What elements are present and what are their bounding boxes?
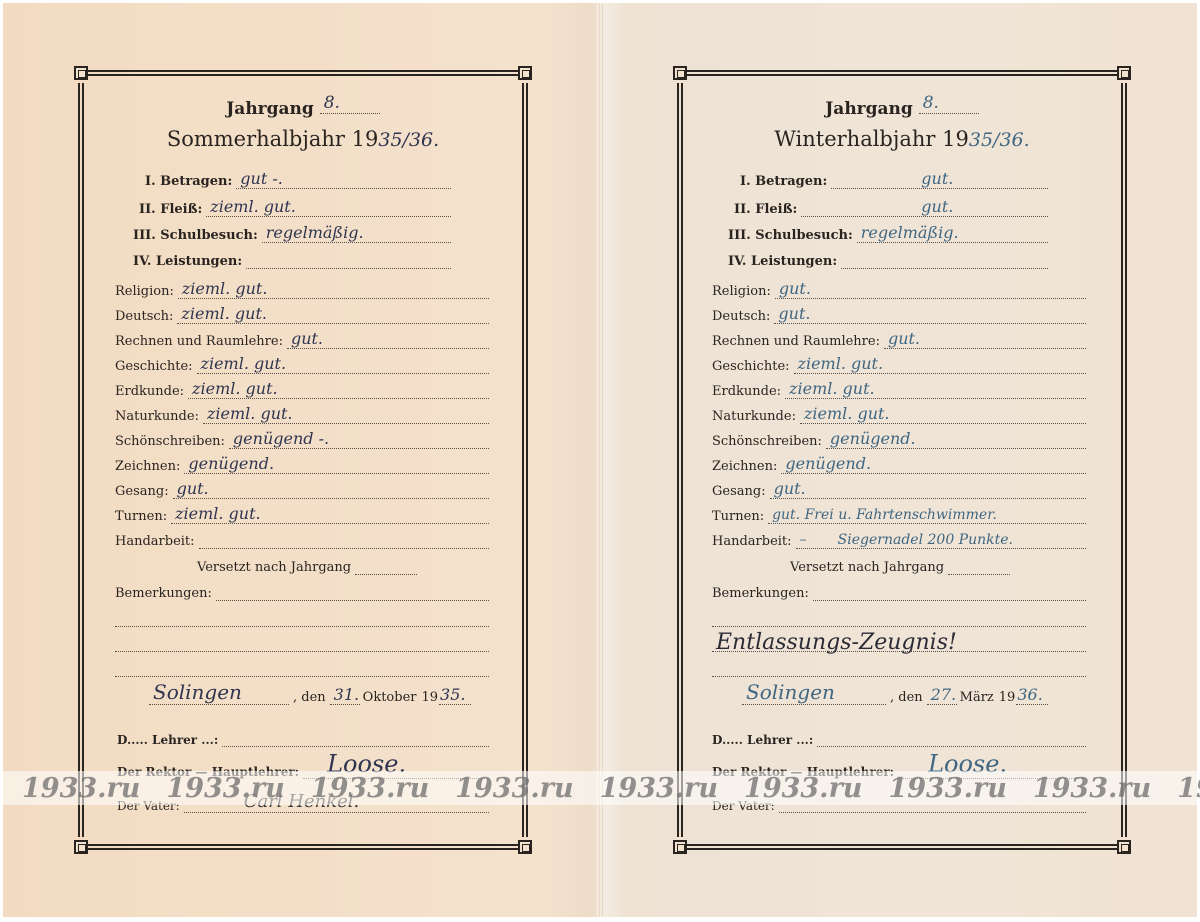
subject-grade: zieml. gut. (181, 304, 267, 323)
place-value: Solingen (153, 680, 242, 704)
versetzt-label: Versetzt nach Jahrgang (197, 560, 351, 575)
lehrer-field (817, 729, 1086, 747)
subject-label: Zeichnen: (712, 459, 777, 474)
year-value: 36. (1017, 685, 1042, 704)
bemerkungen-field (813, 583, 1086, 601)
watermark-text: 1933.ru (1033, 773, 1151, 804)
subject-label: Naturkunde: (712, 409, 796, 424)
subject-grade: gut. (177, 479, 209, 498)
subject-field: genügend. (781, 456, 1086, 474)
subject-label: Geschichte: (712, 359, 790, 374)
subject-label: Turnen: (115, 509, 167, 524)
subject-field: genügend. (184, 456, 489, 474)
betragen-value: gut. (921, 169, 953, 188)
year-field: 36. (1016, 687, 1048, 705)
subject-field: zieml. gut. (794, 356, 1086, 374)
watermark-text: 1933.ru (744, 773, 862, 804)
schulbesuch-field: regelmäßig. (857, 225, 1048, 243)
term-label: Winterhalbjahr 19 (774, 127, 969, 151)
schulbesuch-value: regelmäßig. (266, 223, 364, 242)
subject-label: Zeichnen: (115, 459, 180, 474)
watermark-text: 1933.ru (888, 773, 1006, 804)
schulbesuch-row: III. Schulbesuch: regelmäßig. (133, 225, 451, 243)
subject-field: zieml. gut. (800, 406, 1086, 424)
bemerkungen-line (115, 634, 489, 652)
right-page-winter-term: Jahrgang 8. Winterhalbjahr 1935/36. I. B… (672, 65, 1132, 855)
schulbesuch-row: III. Schulbesuch: regelmäßig. (728, 225, 1048, 243)
fleiss-value: gut. (921, 197, 953, 216)
betragen-value: gut -. (240, 169, 283, 188)
bemerkungen-line-field (115, 659, 489, 677)
subject-field: gut. (287, 331, 489, 349)
leistungen-field (841, 251, 1048, 269)
bemerkungen-text: Entlassungs-Zeugnis! (716, 630, 957, 655)
place-date-row: Solingen , den 31. Oktober 19 35. (149, 687, 489, 705)
subject-field: zieml. gut. (785, 381, 1086, 399)
place-field: Solingen (742, 687, 886, 705)
frame-border-top (87, 70, 519, 76)
bemerkungen-row: Bemerkungen: (115, 583, 489, 601)
schulbesuch-label: III. Schulbesuch: (133, 228, 258, 243)
subject-label: Gesang: (115, 484, 169, 499)
subject-label: Deutsch: (712, 309, 770, 324)
subject-row-zeichnen: Zeichnen: genügend. (115, 456, 489, 474)
watermark-text: 1933.ru (166, 773, 284, 804)
watermark-text: 1933.ru (1177, 773, 1200, 804)
fleiss-label: II. Fleiß: (139, 202, 202, 217)
subject-label: Geschichte: (115, 359, 193, 374)
lehrer-row: D..... Lehrer ...: (117, 729, 489, 747)
subject-grade: gut. (774, 479, 806, 498)
frame-border-right (522, 83, 528, 837)
jahrgang-label: Jahrgang (226, 99, 314, 119)
subject-field: zieml. gut. (178, 281, 489, 299)
bemerkungen-row: Bemerkungen: (712, 583, 1086, 601)
day-field: 27. (927, 687, 957, 705)
subject-row-gesang: Gesang: gut. (712, 481, 1086, 499)
betragen-field: gut. (831, 171, 1048, 189)
subject-row-turnen: Turnen: zieml. gut. (115, 506, 489, 524)
subject-label: Religion: (115, 284, 174, 299)
den-label: , den (293, 690, 326, 705)
fleiss-field: zieml. gut. (206, 199, 451, 217)
subject-field: genügend. (826, 431, 1086, 449)
subject-row-erdkunde: Erdkunde: zieml. gut. (712, 381, 1086, 399)
jahrgang-field: 8. (320, 113, 380, 114)
frame-border-bottom (686, 844, 1118, 850)
subject-label: Erdkunde: (712, 384, 781, 399)
subject-label: Schönschreiben: (712, 434, 822, 449)
subject-row-gesang: Gesang: gut. (115, 481, 489, 499)
fleiss-row: II. Fleiß: gut. (734, 199, 1048, 217)
jahrgang-heading: Jahrgang 8. (672, 99, 1132, 119)
jahrgang-value: 8. (324, 93, 340, 113)
subject-row-religion: Religion: zieml. gut. (115, 281, 489, 299)
schulbesuch-field: regelmäßig. (262, 225, 451, 243)
term-year-value: 35/36. (969, 129, 1030, 151)
frame-border-right (1121, 83, 1127, 837)
subject-field: gut. (774, 306, 1086, 324)
watermark-text: 1933.ru (22, 773, 140, 804)
corner-ornament-icon (1117, 66, 1131, 80)
corner-ornament-icon (74, 840, 88, 854)
day-value: 31. (334, 685, 359, 704)
leistungen-row: IV. Leistungen: (133, 251, 451, 269)
den-label: , den (890, 690, 923, 705)
subject-row-handarbeit: Handarbeit: (115, 531, 489, 549)
versetzt-row: Versetzt nach Jahrgang (197, 557, 417, 575)
subject-grade: zieml. gut. (175, 504, 261, 523)
subject-row-schoenschreiben: Schönschreiben: genügend. (712, 431, 1086, 449)
subject-grade: gut. (778, 304, 810, 323)
subject-row-geschichte: Geschichte: zieml. gut. (115, 356, 489, 374)
leistungen-label: IV. Leistungen: (133, 254, 242, 269)
fleiss-label: II. Fleiß: (734, 202, 797, 217)
versetzt-row: Versetzt nach Jahrgang (790, 557, 1010, 575)
bemerkungen-line (115, 609, 489, 627)
subject-grade: gut. (291, 329, 323, 348)
bemerkungen-line-field: Entlassungs-Zeugnis! (712, 634, 1086, 652)
bemerkungen-line (115, 659, 489, 677)
subject-label: Rechnen und Raumlehre: (115, 334, 283, 349)
corner-ornament-icon (74, 66, 88, 80)
subject-grade: genügend. (785, 454, 871, 473)
betragen-field: gut -. (236, 171, 451, 189)
left-page-summer-term: Jahrgang 8. Sommerhalbjahr 1935/36. I. B… (73, 65, 533, 855)
frame-border-top (686, 70, 1118, 76)
subject-grade: zieml. gut. (201, 354, 287, 373)
corner-ornament-icon (673, 840, 687, 854)
subject-grade: gut. (888, 329, 920, 348)
corner-ornament-icon (1117, 840, 1131, 854)
day-value: 27. (931, 685, 956, 704)
day-field: 31. (330, 687, 360, 705)
subject-grade: gut. Frei u. Fahrtenschwimmer. (772, 507, 997, 523)
bemerkungen-line-field (712, 609, 1086, 627)
subject-grade: zieml. gut. (182, 279, 268, 298)
year-field: 35. (439, 687, 471, 705)
bemerkungen-line (712, 609, 1086, 627)
subject-label: Schönschreiben: (115, 434, 225, 449)
bemerkungen-label: Bemerkungen: (115, 586, 212, 601)
month-label: Oktober (363, 690, 417, 705)
subject-row-rechnen: Rechnen und Raumlehre: gut. (712, 331, 1086, 349)
subject-field: gut. (173, 481, 489, 499)
subject-field: zieml. gut. (197, 356, 489, 374)
subject-label: Handarbeit: (712, 534, 792, 549)
subject-row-geschichte: Geschichte: zieml. gut. (712, 356, 1086, 374)
subject-field: – Siegernadel 200 Punkte. (796, 531, 1086, 549)
lehrer-label: D..... Lehrer ...: (117, 733, 218, 747)
bemerkungen-line-field (712, 659, 1086, 677)
subject-grade: zieml. gut. (789, 379, 875, 398)
subject-field: gut. (775, 281, 1086, 299)
month-label: März (960, 690, 994, 705)
subject-grade: – Siegernadel 200 Punkte. (800, 532, 1013, 548)
frame-border-bottom (87, 844, 519, 850)
betragen-row: I. Betragen: gut. (740, 171, 1048, 189)
bemerkungen-line (712, 659, 1086, 677)
subject-grade: zieml. gut. (192, 379, 278, 398)
corner-ornament-icon (673, 66, 687, 80)
subject-label: Erdkunde: (115, 384, 184, 399)
versetzt-label: Versetzt nach Jahrgang (790, 560, 944, 575)
subject-row-religion: Religion: gut. (712, 281, 1086, 299)
jahrgang-field: 8. (919, 113, 979, 114)
leistungen-field (246, 251, 451, 269)
fleiss-field: gut. (801, 199, 1048, 217)
subject-row-schoenschreiben: Schönschreiben: genügend -. (115, 431, 489, 449)
subject-field: zieml. gut. (203, 406, 489, 424)
jahrgang-label: Jahrgang (825, 99, 913, 119)
subject-grade: zieml. gut. (207, 404, 293, 423)
corner-ornament-icon (518, 840, 532, 854)
lehrer-field (222, 729, 489, 747)
betragen-row: I. Betragen: gut -. (145, 171, 451, 189)
subject-row-naturkunde: Naturkunde: zieml. gut. (115, 406, 489, 424)
subject-row-rechnen: Rechnen und Raumlehre: gut. (115, 331, 489, 349)
bemerkungen-line: Entlassungs-Zeugnis! (712, 634, 1086, 652)
frame-border-left (677, 83, 683, 837)
bemerkungen-label: Bemerkungen: (712, 586, 809, 601)
subject-label: Religion: (712, 284, 771, 299)
term-label: Sommerhalbjahr 19 (167, 127, 379, 151)
term-year-value: 35/36. (378, 129, 439, 151)
subject-label: Naturkunde: (115, 409, 199, 424)
subject-row-zeichnen: Zeichnen: genügend. (712, 456, 1086, 474)
subject-field: gut. Frei u. Fahrtenschwimmer. (768, 506, 1086, 524)
betragen-label: I. Betragen: (145, 174, 232, 189)
subject-grade: zieml. gut. (798, 354, 884, 373)
watermark-text: 1933.ru (455, 773, 573, 804)
year-prefix: 19 (999, 690, 1016, 705)
subject-label: Deutsch: (115, 309, 173, 324)
bemerkungen-field (216, 583, 489, 601)
watermark-text: 1933.ru (311, 773, 429, 804)
subject-grade: genügend -. (233, 429, 329, 448)
fleiss-value: zieml. gut. (210, 197, 296, 216)
subject-grade: zieml. gut. (804, 404, 890, 423)
year-value: 35. (440, 685, 465, 704)
subject-field: zieml. gut. (177, 306, 489, 324)
place-date-row: Solingen , den 27. März 19 36. (742, 687, 1082, 705)
subject-grade: gut. (779, 279, 811, 298)
leistungen-row: IV. Leistungen: (728, 251, 1048, 269)
bemerkungen-line-field (115, 609, 489, 627)
subject-label: Rechnen und Raumlehre: (712, 334, 880, 349)
bemerkungen-line-field (115, 634, 489, 652)
betragen-label: I. Betragen: (740, 174, 827, 189)
subject-label: Gesang: (712, 484, 766, 499)
watermark-banner: 1933.ru 1933.ru 1933.ru 1933.ru 1933.ru … (0, 771, 1200, 805)
subject-label: Turnen: (712, 509, 764, 524)
schulbesuch-value: regelmäßig. (861, 223, 959, 242)
lehrer-row: D..... Lehrer ...: (712, 729, 1086, 747)
subject-row-turnen: Turnen: gut. Frei u. Fahrtenschwimmer. (712, 506, 1086, 524)
term-heading: Winterhalbjahr 1935/36. (672, 127, 1132, 151)
jahrgang-value: 8. (923, 93, 939, 113)
subject-field: gut. (884, 331, 1086, 349)
lehrer-label: D..... Lehrer ...: (712, 733, 813, 747)
fleiss-row: II. Fleiß: zieml. gut. (139, 199, 451, 217)
subject-field: zieml. gut. (171, 506, 489, 524)
subject-row-handarbeit: Handarbeit: – Siegernadel 200 Punkte. (712, 531, 1086, 549)
schulbesuch-label: III. Schulbesuch: (728, 228, 853, 243)
versetzt-field (355, 557, 417, 575)
term-heading: Sommerhalbjahr 1935/36. (73, 127, 533, 151)
leistungen-label: IV. Leistungen: (728, 254, 837, 269)
place-value: Solingen (746, 680, 835, 704)
subject-field: gut. (770, 481, 1086, 499)
subject-field: zieml. gut. (188, 381, 489, 399)
corner-ornament-icon (518, 66, 532, 80)
subject-field (199, 531, 489, 549)
place-field: Solingen (149, 687, 289, 705)
frame-border-left (78, 83, 84, 837)
subject-row-naturkunde: Naturkunde: zieml. gut. (712, 406, 1086, 424)
jahrgang-heading: Jahrgang 8. (73, 99, 533, 119)
year-prefix: 19 (421, 690, 438, 705)
subject-field: genügend -. (229, 431, 489, 449)
subject-grade: genügend. (188, 454, 274, 473)
watermark-text: 1933.ru (600, 773, 718, 804)
subject-label: Handarbeit: (115, 534, 195, 549)
versetzt-field (948, 557, 1010, 575)
subject-row-deutsch: Deutsch: gut. (712, 306, 1086, 324)
subject-grade: genügend. (830, 429, 916, 448)
subject-row-erdkunde: Erdkunde: zieml. gut. (115, 381, 489, 399)
subject-row-deutsch: Deutsch: zieml. gut. (115, 306, 489, 324)
